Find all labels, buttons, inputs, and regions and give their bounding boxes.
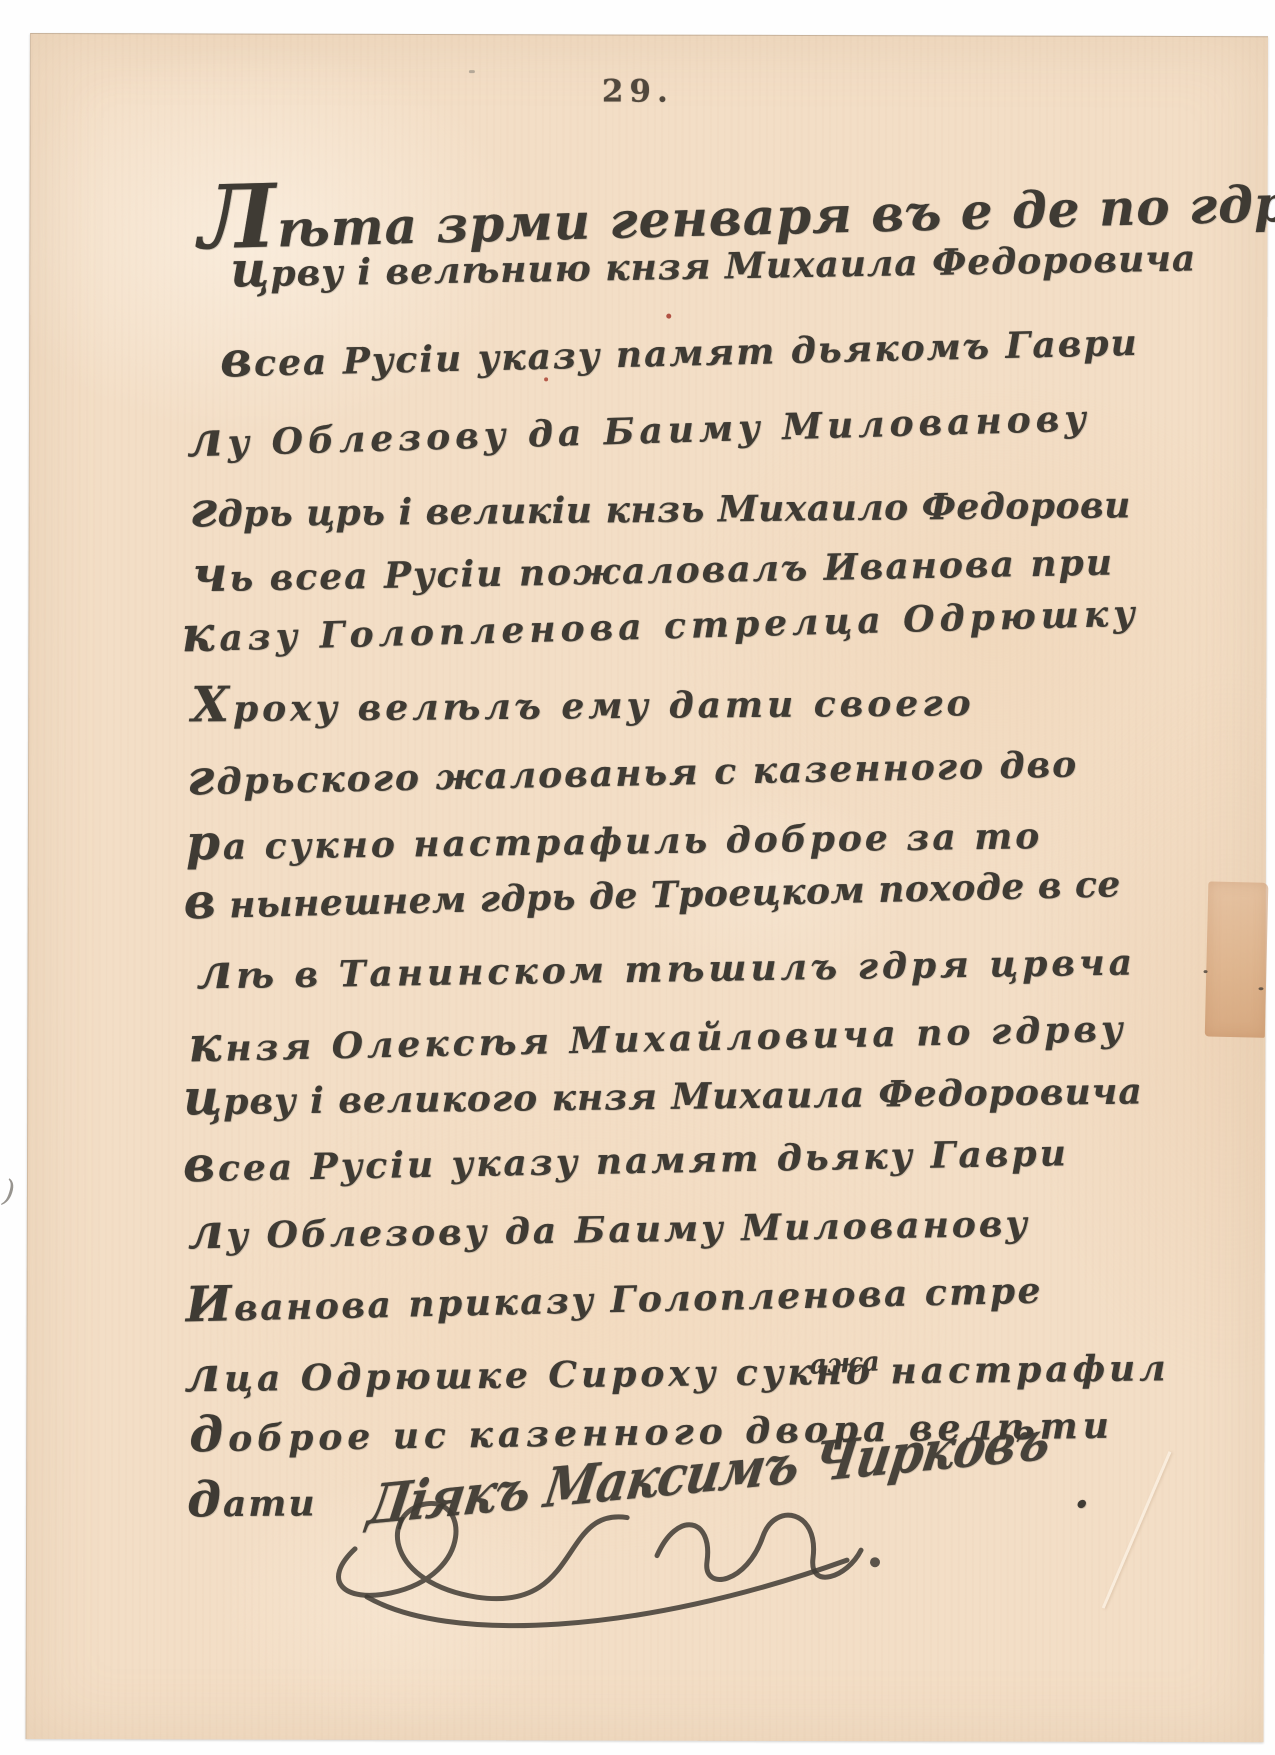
manuscript-line-5: гдрь црь і великіи кнзь Михаило Федорови — [190, 477, 1132, 535]
paper-crease — [1102, 1451, 1172, 1608]
tape-stain — [1205, 881, 1269, 1037]
manuscript-line-4: лу Облезову да Баиму Милованову — [186, 390, 1091, 465]
dark-speck — [1204, 970, 1208, 973]
red-ink-speck — [666, 314, 671, 319]
page-number: 29. — [583, 73, 693, 109]
manuscript-line-12: лѣ в Танинском тѣшилъ гдря црвча — [196, 935, 1136, 998]
manuscript-line-15: всеа Русіи указу памят дьяку Гаври — [183, 1125, 1070, 1190]
gray-speck — [469, 70, 475, 73]
document-scan: 29. Лѣта зрми генваря въ е де по гдрву ц… — [0, 0, 1275, 1755]
interlinear-insertion: ажа — [809, 1346, 881, 1380]
signature-end-dot: . — [1074, 1471, 1092, 1515]
manuscript-line-9: гдрьского жалованья с казенного дво — [187, 737, 1079, 803]
manuscript-page: 29. Лѣта зрми генваря въ е де по гдрву ц… — [26, 33, 1268, 1742]
red-ink-speck — [544, 377, 548, 381]
manuscript-line-8: Хроху велѣлъ ему дати своего — [191, 675, 975, 730]
manuscript-line-18: лца Одрюшке Сироху сукно настрафил — [184, 1340, 1170, 1400]
left-margin-mark: ) — [1, 1173, 16, 1209]
manuscript-line-17: Иванова приказу Голопленова стре — [185, 1263, 1043, 1330]
manuscript-line-3: всеа Русіи указу памят дьякомъ Гаври — [220, 315, 1140, 385]
manuscript-line-13: кнзя Олексѣя Михайловича по гдрву — [188, 1001, 1127, 1070]
closing-line: датиДіякъ Максимъ Чирковъ. — [187, 1469, 1092, 1525]
manuscript-line-11: в нынешнем гдрь де Троецком походе в се — [183, 856, 1121, 927]
closing-word: дати — [187, 1482, 317, 1525]
dark-speck — [1258, 987, 1263, 990]
manuscript-line-10: ра сукно настрафиль доброе за то — [186, 808, 1043, 868]
manuscript-line-14: црву і великого кнзя Михаила Федоровича — [183, 1064, 1143, 1123]
manuscript-line-16: лу Облезову да Баиму Милованову — [187, 1196, 1030, 1257]
